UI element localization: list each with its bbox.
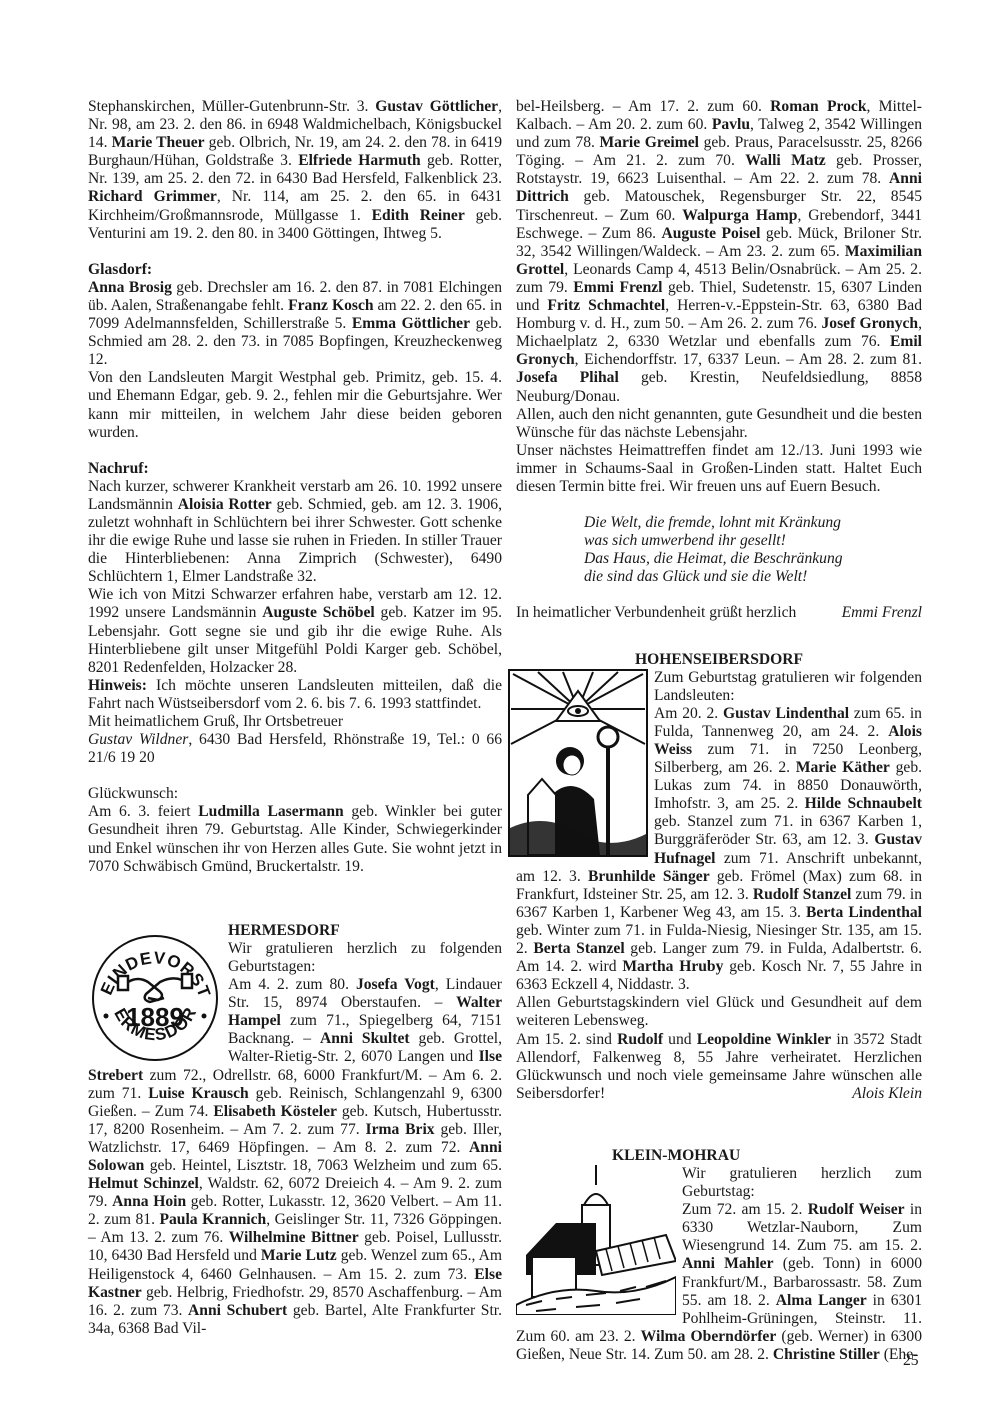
person-name: Emma Göttlicher bbox=[352, 315, 470, 332]
closing-text: In heimatlicher Verbundenheit grüßt herz… bbox=[516, 604, 796, 622]
text-run: Ich möchte unseren Landsleuten mitteilen… bbox=[88, 677, 502, 712]
person-name: Christine Stiller bbox=[773, 1346, 880, 1363]
person-name: Martha Hruby bbox=[622, 958, 723, 975]
klein-mohrau-section: KLEIN-MOHRAU bbox=[516, 1147, 922, 1364]
hinweis-paragraph: Hinweis: Ich möchte unseren Landsleuten … bbox=[88, 677, 502, 713]
person-name: Pavlu bbox=[712, 116, 750, 133]
text-run: bel-Heilsberg. – Am 17. 2. zum 60. bbox=[516, 98, 770, 115]
person-name: Elfriede Harmuth bbox=[298, 152, 420, 169]
person-name: Leopoldine Winkler bbox=[697, 1031, 832, 1048]
person-name: Irma Brix bbox=[366, 1121, 435, 1138]
signer-line: Gustav Wildner, 6430 Bad Hersfeld, Rhöns… bbox=[88, 731, 502, 767]
hohenseibersdorf-title: HOHENSEIBERSDORF bbox=[516, 651, 922, 669]
text-run: Am 6. 3. feiert bbox=[88, 803, 198, 820]
person-name: Ludmilla Lasermann bbox=[198, 803, 343, 820]
poem-line: Das Haus, die Heimat, die Beschränkung bbox=[584, 550, 922, 568]
person-name: Gustav Lindenthal bbox=[723, 705, 849, 722]
person-name: Brunhilde Sänger bbox=[588, 868, 710, 885]
text-run: Am 20. 2. bbox=[654, 705, 723, 722]
gemeindevorstand-seal-icon: GEMEINDEVORSTAND HERMESDORF 1889 bbox=[88, 934, 222, 1062]
person-name: Rudolf Stanzel bbox=[753, 886, 852, 903]
greeting: Mit heimatlichem Gruß, Ihr Ortsbetreuer bbox=[88, 713, 502, 731]
text-run: geb. Heintel, Lisztstr. 18, 7063 Welzhei… bbox=[144, 1157, 502, 1174]
person-name: Richard Grimmer bbox=[88, 188, 217, 205]
closing-signer: Emmi Frenzl bbox=[842, 604, 922, 622]
person-name: Marie Greimel bbox=[599, 134, 699, 151]
person-name: Emmi Frenzl bbox=[573, 279, 662, 296]
text-run: Zum 72. am 15. 2. bbox=[682, 1201, 808, 1218]
person-name: Luise Krausch bbox=[148, 1085, 249, 1102]
saint-woodcut-icon bbox=[508, 669, 648, 857]
person-name: Walpurga Hamp bbox=[682, 207, 797, 224]
person-name: Wilma Oberndörfer bbox=[641, 1328, 777, 1345]
closing-row: In heimatlicher Verbundenheit grüßt herz… bbox=[516, 604, 922, 622]
person-name: Anna Brosig bbox=[88, 279, 172, 296]
signer-name: Gustav Wildner bbox=[88, 731, 188, 748]
text-run: und bbox=[663, 1031, 697, 1048]
seal-year: 1889 bbox=[126, 1002, 184, 1032]
text-run: Am 15. 2. sind bbox=[516, 1031, 617, 1048]
anniversary-signer: Alois Klein bbox=[852, 1085, 922, 1103]
person-name: Walli Matz bbox=[745, 152, 826, 169]
person-name: Fritz Schmachtel bbox=[547, 297, 665, 314]
glasdorf-heading: Glasdorf: bbox=[88, 261, 502, 279]
person-name: Hinweis: bbox=[88, 677, 147, 694]
poem: Die Welt, die fremde, lohnt mit Kränkung… bbox=[584, 514, 922, 586]
klein-mohrau-title: KLEIN-MOHRAU bbox=[516, 1147, 922, 1165]
hohenseibersdorf-wishes: Allen Geburtstagskindern viel Glück und … bbox=[516, 994, 922, 1030]
person-name: Auguste Schöbel bbox=[262, 604, 374, 621]
meeting-paragraph: Unser nächstes Heimattreffen findet am 1… bbox=[516, 442, 922, 496]
nachruf-heading: Nachruf: bbox=[88, 460, 502, 478]
person-name: Wilhelmine Bittner bbox=[229, 1229, 359, 1246]
person-name: Aloisia Rotter bbox=[178, 496, 272, 513]
person-name: Josefa Vogt bbox=[356, 976, 435, 993]
continuation-paragraph: bel-Heilsberg. – Am 17. 2. zum 60. Roman… bbox=[516, 98, 922, 406]
person-name: Elisabeth Kösteler bbox=[213, 1103, 337, 1120]
glasdorf-paragraph: Anna Brosig geb. Drechsler am 16. 2. den… bbox=[88, 279, 502, 369]
church-drawing-icon bbox=[516, 1165, 676, 1315]
poem-line: die sind das Glück und sie die Welt! bbox=[584, 568, 922, 586]
left-column: Stephanskirchen, Müller-Gutenbrunn-Str. … bbox=[88, 98, 502, 1338]
person-name: Anni Skultet bbox=[320, 1030, 410, 1047]
person-name: Rudolf bbox=[617, 1031, 663, 1048]
person-name: Josef Gronych bbox=[821, 315, 918, 332]
intro-paragraph: Stephanskirchen, Müller-Gutenbrunn-Str. … bbox=[88, 98, 502, 243]
person-name: Roman Prock bbox=[770, 98, 866, 115]
person-name: Berta Lindenthal bbox=[806, 904, 922, 921]
handshake-icon bbox=[118, 974, 192, 1002]
person-name: Alma Langer bbox=[776, 1292, 867, 1309]
person-name: Auguste Poisel bbox=[661, 225, 760, 242]
person-name: Helmut Schinzel bbox=[88, 1175, 199, 1192]
person-name: Paula Krannich bbox=[159, 1211, 266, 1228]
person-name: Marie Lutz bbox=[261, 1247, 337, 1264]
person-name: Franz Kosch bbox=[288, 297, 373, 314]
person-name: Marie Käther bbox=[796, 759, 890, 776]
poem-line: Die Welt, die fremde, lohnt mit Kränkung bbox=[584, 514, 922, 532]
nachruf-paragraph-2: Wie ich von Mitzi Schwarzer erfahren hab… bbox=[88, 586, 502, 676]
anniversary-paragraph: Am 15. 2. sind Rudolf und Leopoldine Win… bbox=[516, 1031, 922, 1103]
glasdorf-query: Von den Landsleuten Margit Westphal geb.… bbox=[88, 369, 502, 441]
person-name: Edith Reiner bbox=[372, 207, 465, 224]
poem-line: was sich umwerbend ihr gesellt! bbox=[584, 532, 922, 550]
page-number: 25 bbox=[903, 1352, 919, 1370]
text-run: , Eichendorffstr. 17, 6337 Leun. – Am 28… bbox=[575, 351, 922, 368]
person-name: Rudolf Weiser bbox=[808, 1201, 905, 1218]
person-name: Anna Hoin bbox=[112, 1193, 186, 1210]
text-run: Stephanskirchen, Müller-Gutenbrunn-Str. … bbox=[88, 98, 375, 115]
glueckwunsch-heading: Glückwunsch: bbox=[88, 785, 502, 803]
person-name: Berta Stanzel bbox=[533, 940, 624, 957]
person-name: Hilde Schnaubelt bbox=[805, 795, 922, 812]
hohenseibersdorf-section: HOHENSEIBERSDORF bbox=[516, 651, 922, 1103]
person-name: Marie Theuer bbox=[112, 134, 205, 151]
person-name: Anni Schubert bbox=[188, 1302, 287, 1319]
hermesdorf-section: GEMEINDEVORSTAND HERMESDORF 1889 HERMESD… bbox=[88, 922, 502, 1338]
person-name: Gustav Göttlicher bbox=[375, 98, 498, 115]
person-name: Anni Mahler bbox=[682, 1255, 774, 1272]
nachruf-paragraph-1: Nach kurzer, schwerer Krankheit verstarb… bbox=[88, 478, 502, 587]
person-name: Josefa Plihal bbox=[516, 369, 619, 386]
right-column: bel-Heilsberg. – Am 17. 2. zum 60. Roman… bbox=[516, 98, 922, 1364]
wishes-paragraph: Allen, auch den nicht genannten, gute Ge… bbox=[516, 406, 922, 442]
glueckwunsch-paragraph: Am 6. 3. feiert Ludmilla Lasermann geb. … bbox=[88, 803, 502, 875]
text-run: Am 4. 2. zum 80. bbox=[228, 976, 356, 993]
